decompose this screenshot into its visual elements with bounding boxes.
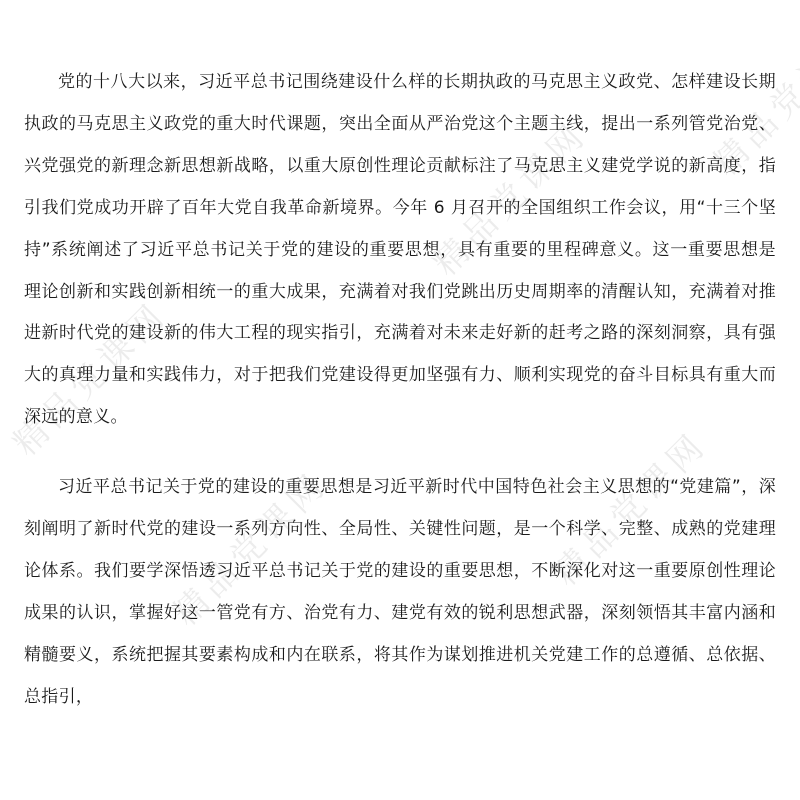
document-body: 党的十八大以来，习近平总书记围绕建设什么样的长期执政的马克思主义政党、怎样建设长… (24, 62, 776, 719)
paragraph-1: 党的十八大以来，习近平总书记围绕建设什么样的长期执政的马克思主义政党、怎样建设长… (24, 62, 776, 439)
document-page: 精品党课网 精品党课网 精品党课网 精品党课网 精品党课网 党的十八大以来，习近… (0, 0, 800, 800)
paragraph-2: 习近平总书记关于党的建设的重要思想是习近平新时代中国特色社会主义思想的“党建篇”… (24, 467, 776, 718)
